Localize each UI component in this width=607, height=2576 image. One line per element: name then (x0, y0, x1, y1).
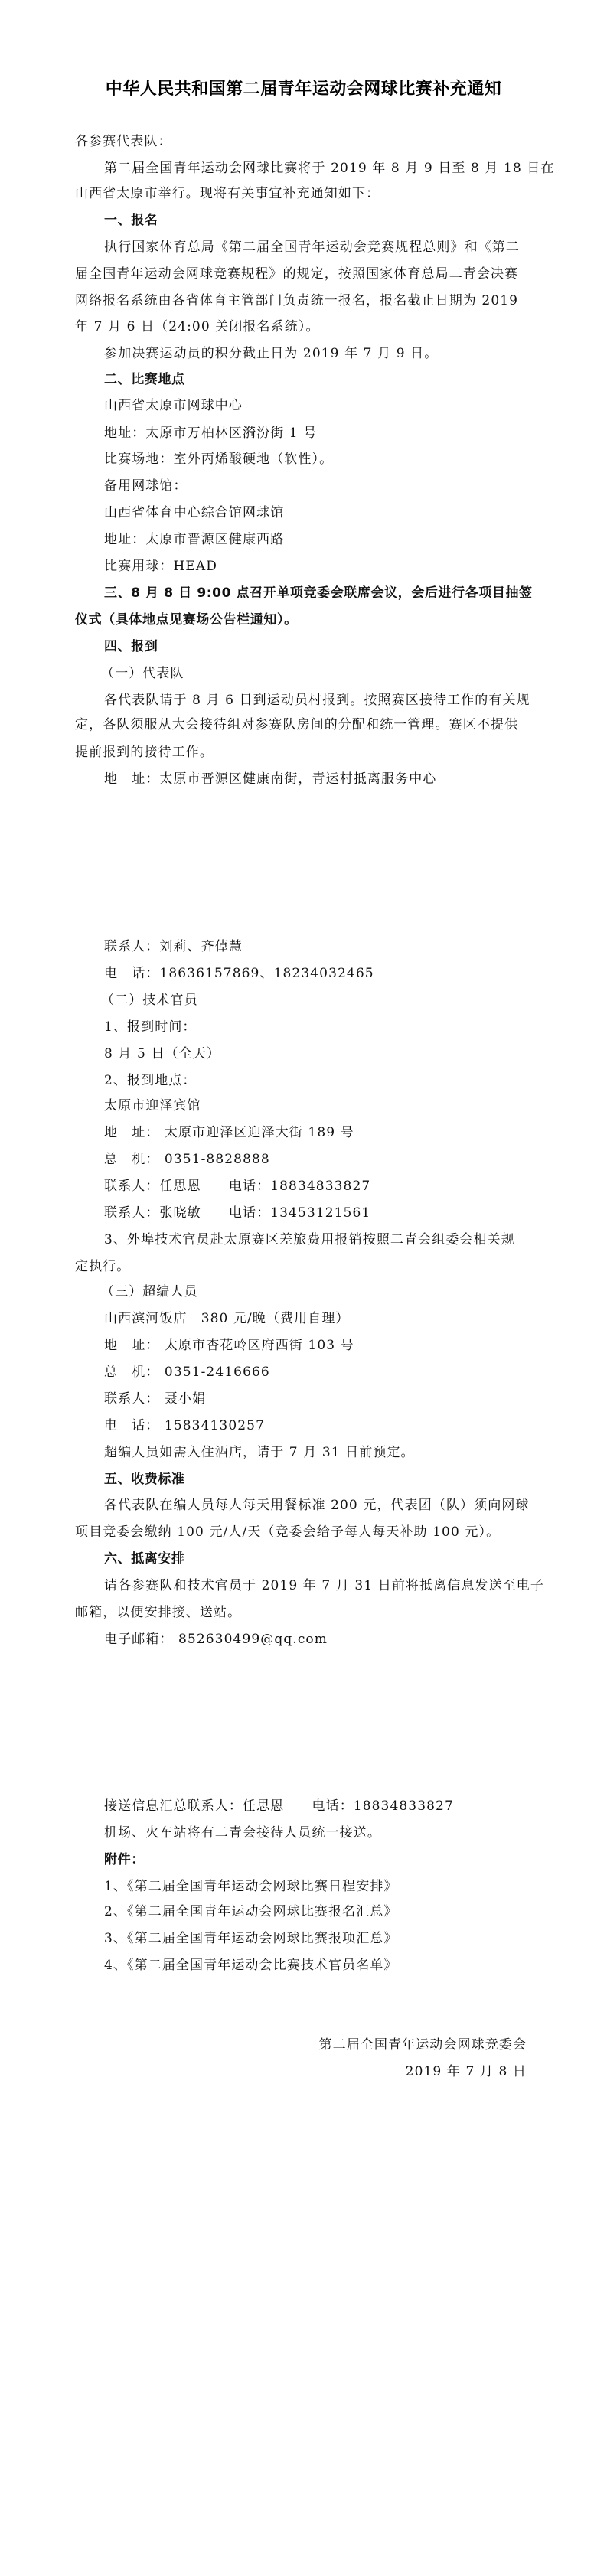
paragraph-line: 邮箱，以便安排接、送站。 (75, 1604, 241, 1621)
extra-phone: 电 话： 15834130257 (104, 1417, 265, 1434)
section-heading-venue: 二、比赛地点 (104, 371, 185, 388)
section-heading-meeting-cont: 仪式（具体地点见赛场公告栏通知）。 (75, 611, 298, 628)
officials-time-value: 8 月 5 日（全天） (104, 1045, 220, 1062)
venue-address: 地址：太原市万柏林区漪汾街 1 号 (104, 425, 317, 442)
section-heading-arrival: 六、抵离安排 (104, 1550, 185, 1567)
section-heading-fees: 五、收费标准 (104, 1471, 185, 1488)
subheading-officials: （二）技术官员 (101, 992, 198, 1009)
extra-switchboard: 总 机： 0351-2416666 (104, 1364, 270, 1381)
venue-court: 比赛场地：室外丙烯酸硬地（软性）。 (104, 451, 333, 468)
attachment-item: 1、《第二届全国青年运动会网球比赛日程安排》 (104, 1878, 398, 1895)
intro-line: 山西省太原市举行。现将有关事宜补充通知如下： (75, 185, 380, 202)
signature-date: 2019 年 7 月 8 日 (406, 2063, 527, 2080)
pickup-note: 机场、火车站将有二青会接待人员统一接送。 (104, 1824, 381, 1841)
extra-address: 地 址： 太原市杏花岭区府西街 103 号 (104, 1337, 354, 1354)
officials-switchboard: 总 机： 0351-8828888 (104, 1151, 270, 1168)
paragraph-line: 各代表队请于 8 月 6 日到运动员村报到。按照赛区接待工作的有关规 (104, 692, 530, 709)
extra-contact: 联系人： 聂小娟 (104, 1391, 206, 1407)
extra-hotel: 山西滨河饭店 380 元/晚（费用自理） (104, 1310, 350, 1327)
backup-venue-address: 地址：太原市晋源区健康西路 (104, 531, 284, 548)
paragraph-line: 各代表队在编人员每人每天用餐标准 200 元，代表团（队）须向网球 (104, 1497, 530, 1514)
officials-place-label: 2、报到地点： (104, 1072, 197, 1089)
paragraph-line: 执行国家体育总局《第二届全国青年运动会竞赛规程总则》和《第二 (104, 239, 520, 256)
officials-hotel: 太原市迎泽宾馆 (104, 1097, 201, 1114)
intro-line: 第二届全国青年运动会网球比赛将于 2019 年 8 月 9 日至 8 月 18 … (104, 160, 555, 177)
venue-name: 山西省太原市网球中心 (104, 397, 243, 414)
paragraph-line: 提前报到的接待工作。 (75, 744, 214, 761)
extra-note: 超编人员如需入住酒店，请于 7 月 31 日前预定。 (104, 1444, 415, 1461)
teams-contact: 联系人：刘莉、齐倬慧 (104, 938, 243, 955)
paragraph-line: 参加决赛运动员的积分截止日为 2019 年 7 月 9 日。 (104, 345, 438, 362)
attachment-item: 4、《第二届全国青年运动会比赛技术官员名单》 (104, 1957, 398, 1974)
paragraph-line: 网络报名系统由各省体育主管部门负责统一报名，报名截止日期为 2019 (75, 292, 518, 309)
officials-time-label: 1、报到时间： (104, 1019, 197, 1035)
subheading-teams: （一）代表队 (101, 665, 184, 682)
section-heading-checkin: 四、报到 (104, 638, 158, 655)
officials-address: 地 址： 太原市迎泽区迎泽大街 189 号 (104, 1124, 354, 1141)
paragraph-line: 年 7 月 6 日（24:00 关闭报名系统）。 (75, 318, 320, 335)
officials-contact: 联系人：任思恩 电话：18834833827 (104, 1178, 370, 1195)
salutation: 各参赛代表队： (75, 133, 172, 150)
officials-contact: 联系人：张晓敏 电话：13453121561 (104, 1205, 370, 1221)
section-heading-registration: 一、报名 (104, 212, 158, 229)
subheading-extra-staff: （三）超编人员 (101, 1283, 198, 1300)
paragraph-line: 项目竞委会缴纳 100 元/人/天（竞委会给予每人每天补助 100 元）。 (75, 1524, 500, 1541)
section-heading-meeting: 三、8 月 8 日 9:00 点召开单项竞委会联席会议，会后进行各项目抽签 (104, 585, 533, 602)
contact-email[interactable]: 电子邮箱： 852630499@qq.com (104, 1631, 328, 1648)
teams-address: 地 址：太原市晋源区健康南街，青运村抵离服务中心 (104, 771, 436, 787)
document-title: 中华人民共和国第二届青年运动会网球比赛补充通知 (0, 79, 607, 100)
summary-contact: 接送信息汇总联系人：任思恩 电话：18834833827 (104, 1798, 454, 1815)
paragraph-line: 定，各队须服从大会接待组对参赛队房间的分配和统一管理。赛区不提供 (75, 716, 518, 733)
signature-organization: 第二届全国青年运动会网球竞委会 (319, 2036, 527, 2053)
backup-venue-name: 山西省体育中心综合馆网球馆 (104, 504, 284, 521)
attachments-label: 附件： (104, 1851, 145, 1868)
paragraph-line: 定执行。 (75, 1258, 130, 1275)
match-ball: 比赛用球：HEAD (104, 558, 217, 575)
attachment-item: 2、《第二届全国青年运动会网球比赛报名汇总》 (104, 1903, 398, 1920)
paragraph-line: 3、外埠技术官员赴太原赛区差旅费用报销按照二青会组委会相关规 (104, 1231, 515, 1248)
paragraph-line: 请各参赛队和技术官员于 2019 年 7 月 31 日前将抵离信息发送至电子 (104, 1577, 544, 1594)
backup-venue-label: 备用网球馆： (104, 478, 188, 494)
teams-phone: 电 话：18636157869、18234032465 (104, 965, 374, 982)
paragraph-line: 届全国青年运动会网球竞赛规程》的规定，按照国家体育总局二青会决赛 (75, 266, 518, 282)
attachment-item: 3、《第二届全国青年运动会网球比赛报项汇总》 (104, 1930, 398, 1947)
